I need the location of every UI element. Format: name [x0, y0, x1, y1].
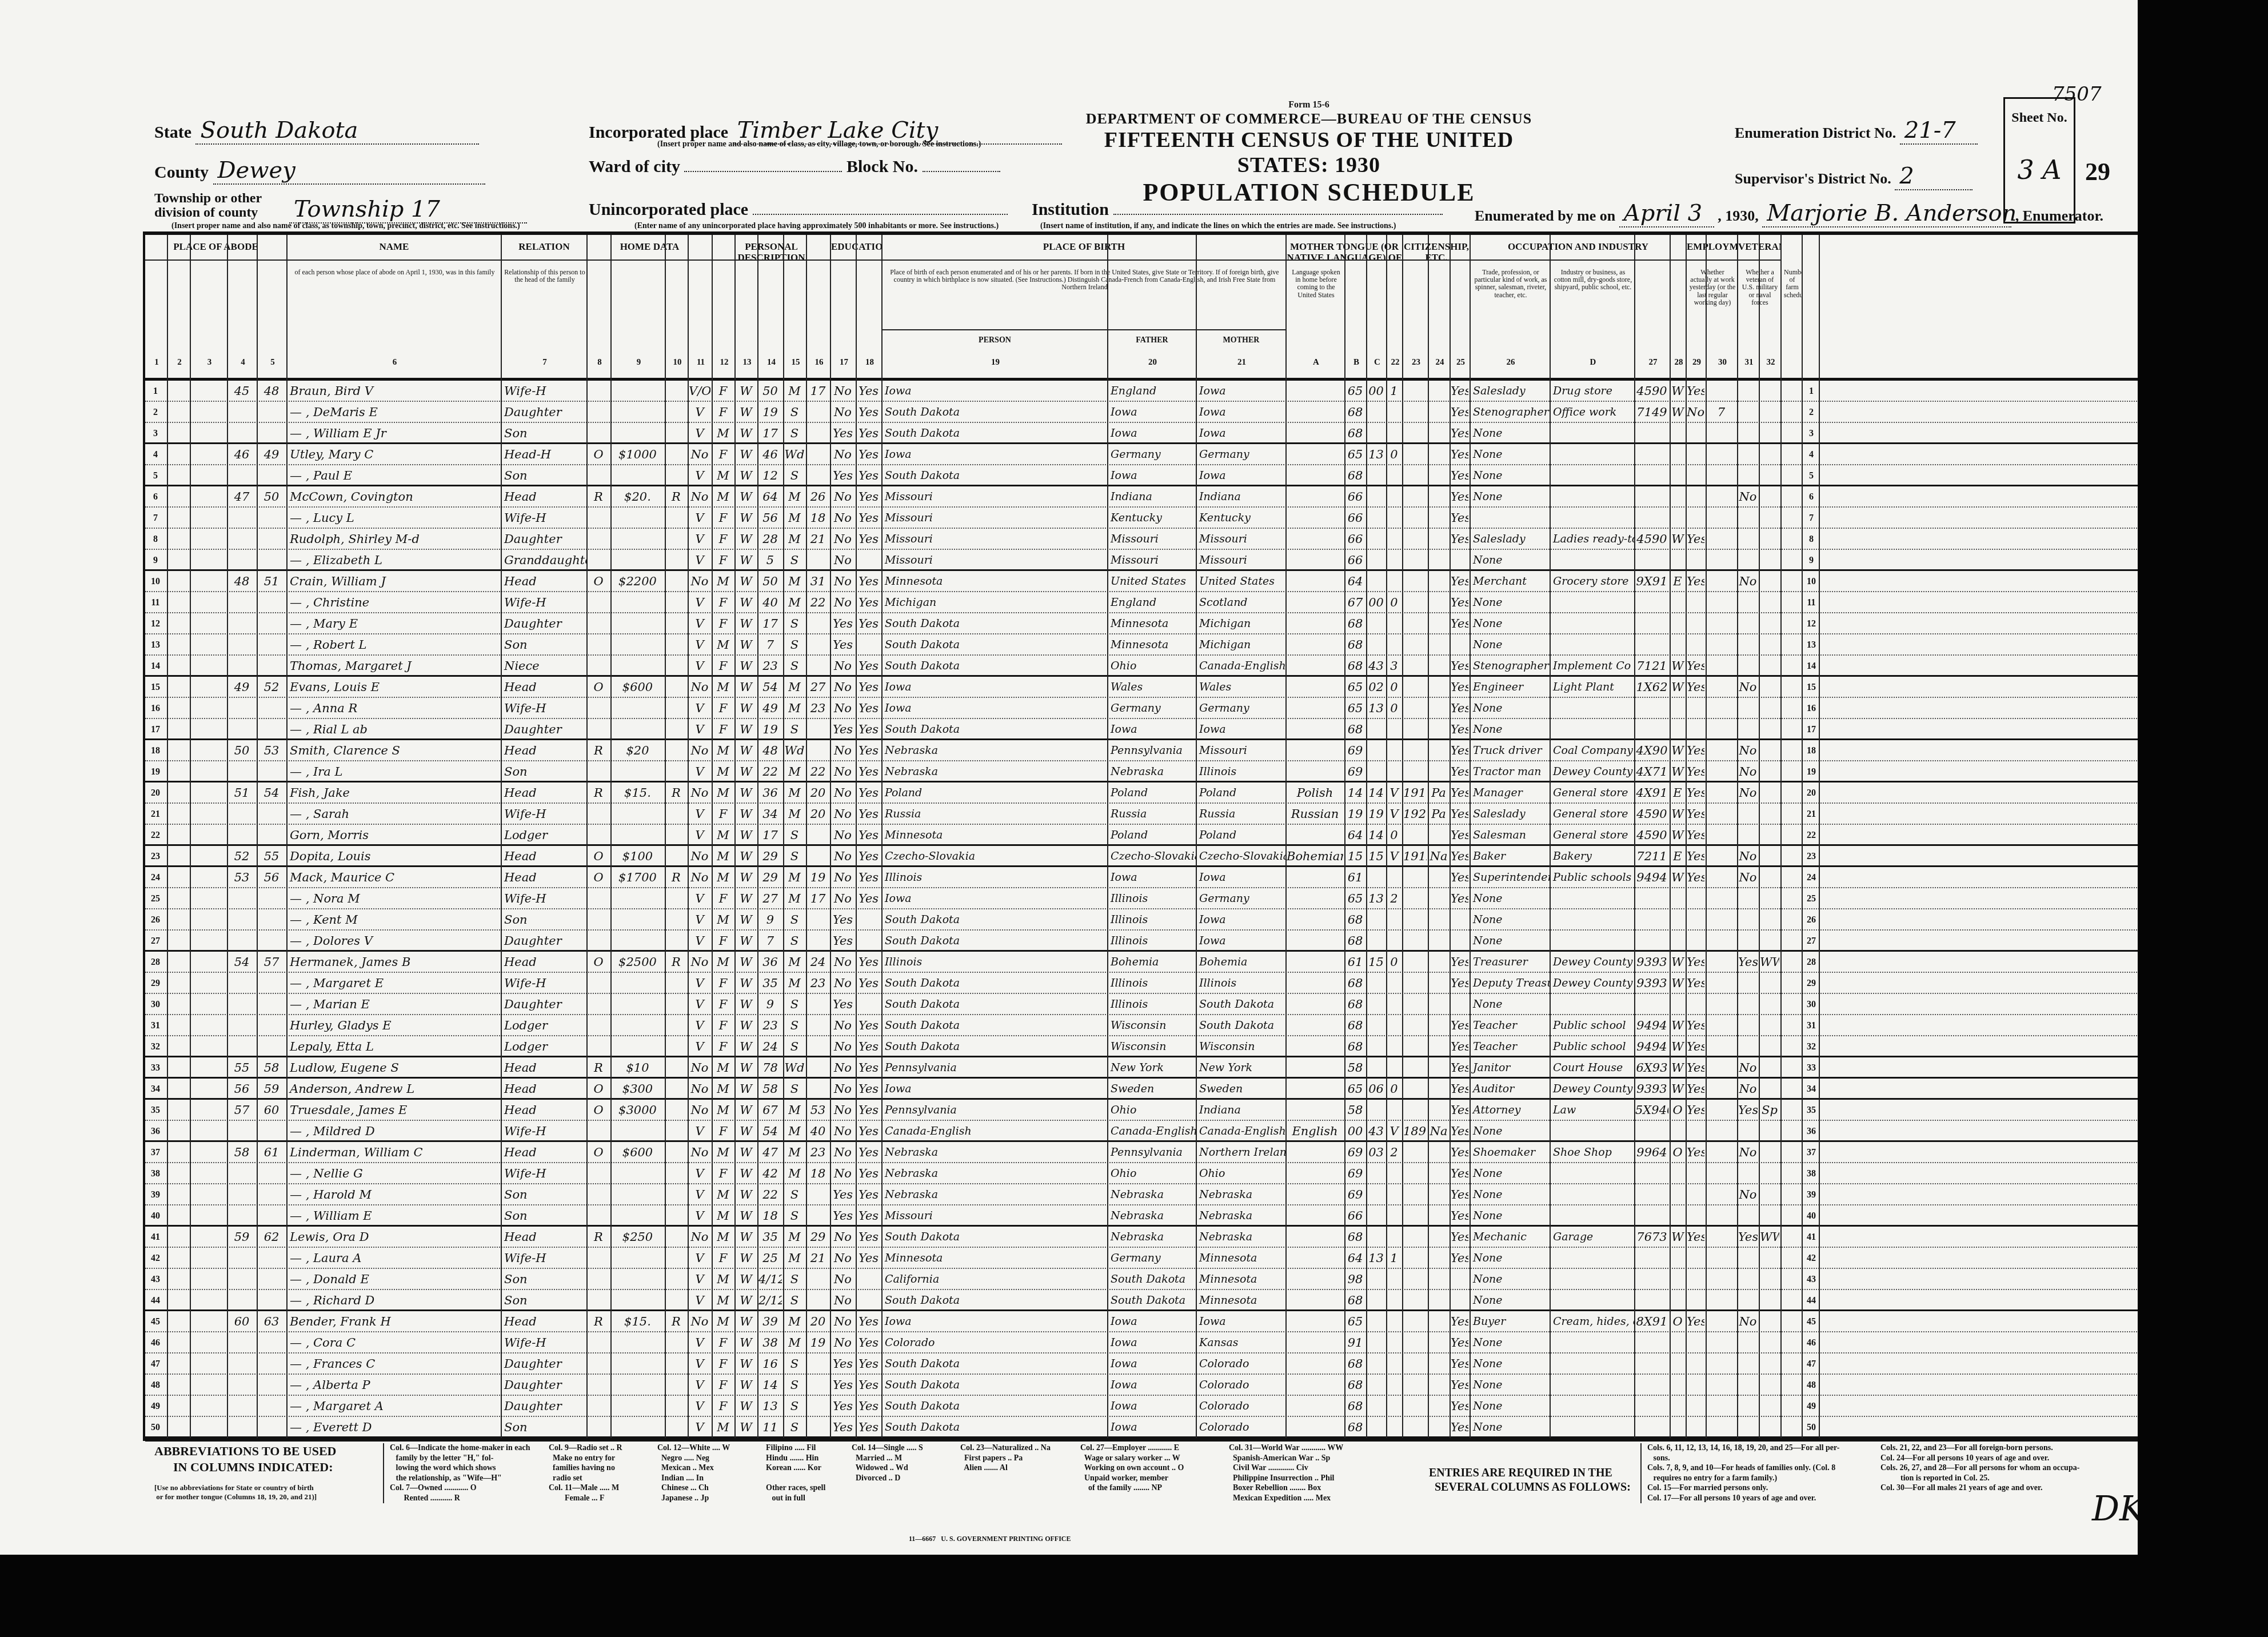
cell-code-c	[1387, 550, 1401, 571]
cell-house	[191, 529, 226, 550]
cell-relation: Head	[502, 1227, 588, 1248]
cell-house	[191, 994, 226, 1015]
cell-age: 22	[758, 761, 782, 782]
cell-at-work	[1687, 634, 1704, 656]
census-row: 47— , Frances CDaughterVFW16SYesYesSouth…	[145, 1353, 2160, 1375]
cell-family: 55	[258, 846, 285, 867]
cell-name: — , Ira L	[288, 761, 502, 782]
cell-sex: M	[713, 761, 733, 782]
cell-read: Yes	[857, 1184, 880, 1205]
cell-relation: Wife-H	[502, 804, 588, 825]
cell-vet	[1738, 465, 1758, 486]
cell-vet: No	[1738, 740, 1758, 761]
cell-race: W	[736, 592, 756, 613]
cell-dwelling	[228, 888, 255, 909]
cell-natur	[1429, 1163, 1448, 1184]
cell-read: Yes	[857, 973, 880, 994]
cell-industry: Garage	[1551, 1227, 1635, 1248]
cell-radio	[666, 1142, 686, 1163]
ward-value	[684, 171, 842, 172]
cell-code-c	[1387, 634, 1401, 656]
cell-code-d: 4590	[1635, 804, 1668, 825]
cell-farm: No	[689, 1057, 710, 1079]
cell-dwelling	[228, 804, 255, 825]
cell-value	[612, 550, 664, 571]
cell-industry: Dewey County Highway	[1551, 761, 1635, 782]
cell-radio	[666, 1121, 686, 1142]
cell-school: No	[831, 508, 855, 529]
cell-family	[258, 698, 285, 719]
cell-unemp	[1707, 1079, 1736, 1100]
cell-dwelling	[228, 931, 255, 952]
cell-code-d	[1635, 550, 1668, 571]
cell-dwelling: 58	[228, 1142, 255, 1163]
cell-industry	[1551, 698, 1635, 719]
cell-age: 25	[758, 1248, 782, 1269]
cell-line: 15	[145, 677, 166, 698]
census-row: 42— , Laura AWife-HVFW25M21NoYesMinnesot…	[145, 1248, 2160, 1269]
cell-radio	[666, 994, 686, 1015]
cell-read: Yes	[857, 888, 880, 909]
cell-dwelling	[228, 1417, 255, 1438]
cell-code-a: 68	[1345, 994, 1365, 1015]
cell-line: 47	[145, 1353, 166, 1375]
cell-dwelling: 56	[228, 1079, 255, 1100]
abbr-col12: Col. 12—White .... W Negro ..... Neg Mex…	[657, 1443, 730, 1503]
cell-code-d	[1635, 719, 1668, 740]
cell-war	[1760, 888, 1779, 909]
cell-code-c: 0	[1387, 677, 1401, 698]
cell-war	[1760, 761, 1779, 782]
census-title: FIFTEENTH CENSUS OF THE UNITED STATES: 1…	[1075, 127, 1543, 178]
cell-farm: No	[689, 782, 710, 804]
cell-race: W	[736, 613, 756, 634]
cell-code-d	[1635, 909, 1668, 931]
cell-code-d: 5X940	[1635, 1100, 1668, 1121]
cell-line: 23	[145, 846, 166, 867]
cell-industry	[1551, 486, 1635, 508]
cell-natur	[1429, 444, 1448, 465]
cell-family	[258, 1417, 285, 1438]
cell-immig	[1403, 867, 1427, 888]
cell-english: Yes	[1451, 1142, 1468, 1163]
cell-age: 36	[758, 952, 782, 973]
cell-name: — , Margaret E	[288, 973, 502, 994]
cell-race: W	[736, 1311, 756, 1332]
cell-farm: V	[689, 508, 710, 529]
cell-sex: F	[713, 719, 733, 740]
cell-marital: S	[784, 994, 805, 1015]
cell-vet	[1738, 1205, 1758, 1227]
cell-value	[612, 508, 664, 529]
cell-relation: Head	[502, 1079, 588, 1100]
column-number: C	[1367, 358, 1387, 368]
cell-house	[191, 1311, 226, 1332]
cell-relation: Niece	[502, 656, 588, 677]
cell-radio: R	[666, 782, 686, 804]
cell-school: No	[831, 804, 855, 825]
cell-read: Yes	[857, 1375, 880, 1396]
cell-code-b	[1367, 1353, 1385, 1375]
cell-race: W	[736, 444, 756, 465]
cell-unemp	[1707, 1332, 1736, 1353]
cell-father: Iowa	[1108, 1396, 1197, 1417]
cell-tongue	[1287, 486, 1343, 508]
cell-code-d	[1635, 592, 1668, 613]
unincorporated-label: Unincorporated place	[589, 200, 748, 219]
cell-age-marr	[807, 465, 829, 486]
cell-sex: M	[713, 1057, 733, 1079]
cell-vet: Yes	[1738, 1227, 1758, 1248]
column-number: 28	[1671, 358, 1687, 368]
cell-class: W	[1671, 1079, 1684, 1100]
census-row: 25— , Nora MWife-HVFW27M17NoYesIowaIllin…	[145, 888, 2160, 909]
cell-immig	[1403, 592, 1427, 613]
cell-tenure	[588, 1163, 609, 1184]
cell-sex: F	[713, 402, 733, 423]
cell-occupation: Manager	[1471, 782, 1551, 804]
page-number: 29	[2085, 157, 2110, 186]
census-row: 50— , Everett DSonVMW11SYesYesSouth Dako…	[145, 1417, 2160, 1438]
cell-vet	[1738, 804, 1758, 825]
cell-at-work: Yes	[1687, 1079, 1704, 1100]
cell-school: Yes	[831, 613, 855, 634]
cell-line: 14	[145, 656, 166, 677]
cell-war	[1760, 381, 1779, 402]
cell-code-d: 9494	[1635, 867, 1668, 888]
cell-code-d: 4X71	[1635, 761, 1668, 782]
cell-tongue	[1287, 994, 1343, 1015]
cell-industry: Implement Co	[1551, 656, 1635, 677]
cell-english: Yes	[1451, 486, 1468, 508]
cell-vet: Yes	[1738, 1100, 1758, 1121]
cell-code-c	[1387, 1290, 1401, 1311]
cell-school: No	[831, 1311, 855, 1332]
cell-natur	[1429, 994, 1448, 1015]
state-label: State	[154, 123, 191, 142]
column-number: 1	[145, 358, 168, 368]
cell-house	[191, 1184, 226, 1205]
cell-line: 11	[145, 592, 166, 613]
cell-natur	[1429, 867, 1448, 888]
cell-marital: M	[784, 1227, 805, 1248]
cell-relation: Wife-H	[502, 1332, 588, 1353]
cell-race: W	[736, 1290, 756, 1311]
cell-birth: South Dakota	[883, 994, 1108, 1015]
cell-at-work	[1687, 550, 1704, 571]
cell-code-c: 0	[1387, 952, 1401, 973]
cell-occupation: Buyer	[1471, 1311, 1551, 1332]
census-row: 31Hurley, Gladys ELodgerVFW23SNoYesSouth…	[145, 1015, 2160, 1036]
cell-code-d	[1635, 698, 1668, 719]
cell-line-right: 9	[1803, 550, 1820, 571]
cell-family	[258, 973, 285, 994]
cell-tenure: O	[588, 571, 609, 592]
cell-dwelling: 46	[228, 444, 255, 465]
cell-value	[612, 973, 664, 994]
column-group-header: HOME DATA	[588, 235, 713, 261]
cell-tongue	[1287, 719, 1343, 740]
cell-house	[191, 1417, 226, 1438]
cell-school: Yes	[831, 719, 855, 740]
cell-at-work: Yes	[1687, 761, 1704, 782]
cell-mother: Northern Ireland	[1197, 1142, 1287, 1163]
department-title: DEPARTMENT OF COMMERCE—BUREAU OF THE CEN…	[1075, 110, 1543, 127]
cell-read: Yes	[857, 381, 880, 402]
cell-immig	[1403, 550, 1427, 571]
cell-age-marr	[807, 909, 829, 931]
cell-immig	[1403, 1015, 1427, 1036]
cell-relation: Son	[502, 1205, 588, 1227]
cell-relation: Wife-H	[502, 381, 588, 402]
cell-father: Iowa	[1108, 465, 1197, 486]
cell-code-b: 02	[1367, 677, 1385, 698]
cell-class	[1671, 888, 1684, 909]
cell-sex: M	[713, 1100, 733, 1121]
cell-war	[1760, 634, 1779, 656]
cell-race: W	[736, 1184, 756, 1205]
cell-marital: M	[784, 804, 805, 825]
cell-code-a: 68	[1345, 973, 1365, 994]
cell-code-c	[1387, 931, 1401, 952]
cell-father: Iowa	[1108, 1332, 1197, 1353]
cell-unemp	[1707, 1057, 1736, 1079]
cell-vet	[1738, 825, 1758, 846]
cell-code-c	[1387, 1100, 1401, 1121]
cell-read: Yes	[857, 444, 880, 465]
cell-code-a: 68	[1345, 656, 1365, 677]
cell-vet	[1738, 931, 1758, 952]
cell-unemp	[1707, 656, 1736, 677]
cell-relation: Wife-H	[502, 888, 588, 909]
cell-family	[258, 1290, 285, 1311]
cell-immig	[1403, 698, 1427, 719]
cell-dwelling	[228, 1184, 255, 1205]
cell-mother: Iowa	[1197, 867, 1287, 888]
cell-dwelling: 53	[228, 867, 255, 888]
cell-age: 46	[758, 444, 782, 465]
cell-age: 4/12	[758, 1269, 782, 1290]
cell-father: Nebraska	[1108, 1205, 1197, 1227]
cell-read: Yes	[857, 529, 880, 550]
cell-vet	[1738, 1015, 1758, 1036]
cell-line: 19	[145, 761, 166, 782]
cell-code-b: 13	[1367, 888, 1385, 909]
cell-birth: South Dakota	[883, 1417, 1108, 1438]
cell-code-a: 64	[1345, 1248, 1365, 1269]
census-row: 22Gorn, MorrisLodgerVMW17SNoYesMinnesota…	[145, 825, 2160, 846]
cell-farm: V	[689, 804, 710, 825]
cell-line-right: 19	[1803, 761, 1820, 782]
cell-line-right: 21	[1803, 804, 1820, 825]
cell-code-d	[1635, 1353, 1668, 1375]
cell-school: No	[831, 486, 855, 508]
cell-read: Yes	[857, 1248, 880, 1269]
cell-code-a: 66	[1345, 486, 1365, 508]
cell-immig	[1403, 994, 1427, 1015]
cell-code-a: 64	[1345, 825, 1365, 846]
census-row: 44649Utley, Mary CHead-HO$1000NoFW46WdNo…	[145, 444, 2160, 465]
cell-line-right: 49	[1803, 1396, 1820, 1417]
cell-immig	[1403, 909, 1427, 931]
cell-line-right: 24	[1803, 867, 1820, 888]
cell-code-c: V	[1387, 804, 1401, 825]
cell-industry	[1551, 508, 1635, 529]
cell-sex: M	[713, 634, 733, 656]
ed-label: Enumeration District No.	[1735, 125, 1896, 141]
cell-birth: South Dakota	[883, 402, 1108, 423]
abbr-col12-other: Filipino ..... Fil Hindu ....... Hin Kor…	[766, 1443, 825, 1503]
cell-farm: V	[689, 592, 710, 613]
incorporated-note: (Insert proper name and also name of cla…	[657, 140, 981, 149]
cell-name: Mack, Maurice C	[288, 867, 502, 888]
cell-school: Yes	[831, 1205, 855, 1227]
cell-line-right: 27	[1803, 931, 1820, 952]
cell-occupation: Merchant	[1471, 571, 1551, 592]
cell-natur	[1429, 465, 1448, 486]
cell-school: Yes	[831, 994, 855, 1015]
cell-radio	[666, 1227, 686, 1248]
cell-code-d	[1635, 444, 1668, 465]
cell-at-work	[1687, 888, 1704, 909]
cell-age-marr: 20	[807, 782, 829, 804]
cell-tongue	[1287, 1290, 1343, 1311]
cell-relation: Head	[502, 1057, 588, 1079]
cell-age: 49	[758, 698, 782, 719]
cell-industry	[1551, 1248, 1635, 1269]
cell-at-work: Yes	[1687, 825, 1704, 846]
cell-line: 44	[145, 1290, 166, 1311]
cell-code-b	[1367, 1375, 1385, 1396]
cell-vet	[1738, 973, 1758, 994]
cell-school: No	[831, 1142, 855, 1163]
cell-birth: South Dakota	[883, 1290, 1108, 1311]
column-number: 19	[883, 358, 1108, 368]
cell-house	[191, 592, 226, 613]
cell-age: 19	[758, 719, 782, 740]
cell-marital: S	[784, 634, 805, 656]
cell-code-b	[1367, 761, 1385, 782]
cell-occupation: None	[1471, 550, 1551, 571]
column-number: 17	[831, 358, 857, 368]
cell-house	[191, 888, 226, 909]
census-row: 104851Crain, William JHeadO$2200NoMW50M3…	[145, 571, 2160, 592]
cell-radio	[666, 508, 686, 529]
cell-code-c: 2	[1387, 888, 1401, 909]
cell-at-work: Yes	[1687, 529, 1704, 550]
cell-tenure: O	[588, 867, 609, 888]
cell-dwelling: 57	[228, 1100, 255, 1121]
cell-code-c: 1	[1387, 1248, 1401, 1269]
cell-family	[258, 550, 285, 571]
cell-code-a: 65	[1345, 1311, 1365, 1332]
cell-line-right: 50	[1803, 1417, 1820, 1438]
cell-class: O	[1671, 1311, 1684, 1332]
cell-line-right: 35	[1803, 1100, 1820, 1121]
cell-vet: No	[1738, 1057, 1758, 1079]
cell-tenure: R	[588, 740, 609, 761]
cell-father: Missouri	[1108, 550, 1197, 571]
cell-code-d: 9393	[1635, 1079, 1668, 1100]
cell-line-right: 41	[1803, 1227, 1820, 1248]
cell-dwelling	[228, 1036, 255, 1057]
cell-radio	[666, 804, 686, 825]
cell-father: Illinois	[1108, 888, 1197, 909]
cell-value: $600	[612, 1142, 664, 1163]
cell-code-d	[1635, 1248, 1668, 1269]
cell-age-marr: 21	[807, 529, 829, 550]
cell-code-c	[1387, 1375, 1401, 1396]
township-value: Township 17	[289, 196, 527, 223]
cell-line-right: 16	[1803, 698, 1820, 719]
column-divider	[1686, 235, 1687, 1438]
cell-code-c	[1387, 1311, 1401, 1332]
cell-at-work: Yes	[1687, 804, 1704, 825]
cell-value	[612, 804, 664, 825]
cell-value	[612, 656, 664, 677]
cell-dwelling: 49	[228, 677, 255, 698]
cell-tenure	[588, 1269, 609, 1290]
cell-farm: V/O	[689, 381, 710, 402]
cell-read	[857, 994, 880, 1015]
cell-class: W	[1671, 973, 1684, 994]
cell-tenure: O	[588, 1142, 609, 1163]
cell-line: 46	[145, 1332, 166, 1353]
cell-dwelling	[228, 465, 255, 486]
cell-read: Yes	[857, 486, 880, 508]
cell-age-marr: 22	[807, 761, 829, 782]
cell-father: New York	[1108, 1057, 1197, 1079]
cell-unemp	[1707, 634, 1736, 656]
column-divider	[1780, 235, 1782, 1438]
cell-birth: Nebraska	[883, 740, 1108, 761]
cell-age-marr: 53	[807, 1100, 829, 1121]
cell-house	[191, 1396, 226, 1417]
cell-relation: Head	[502, 782, 588, 804]
cell-family: 61	[258, 1142, 285, 1163]
cell-family	[258, 423, 285, 444]
cell-at-work: Yes	[1687, 740, 1704, 761]
cell-code-a: 68	[1345, 1036, 1365, 1057]
cell-code-c	[1387, 1396, 1401, 1417]
cell-code-d	[1635, 1163, 1668, 1184]
cell-age: 14	[758, 1375, 782, 1396]
cell-name: — , Sarah	[288, 804, 502, 825]
cell-father: Iowa	[1108, 1311, 1197, 1332]
cell-age-marr	[807, 444, 829, 465]
cell-race: W	[736, 1227, 756, 1248]
cell-race: W	[736, 486, 756, 508]
cell-line: 28	[145, 952, 166, 973]
cell-tenure	[588, 613, 609, 634]
cell-marital: S	[784, 402, 805, 423]
cell-unemp	[1707, 1396, 1736, 1417]
cell-code-c	[1387, 719, 1401, 740]
cell-father: United States	[1108, 571, 1197, 592]
cell-radio	[666, 825, 686, 846]
column-number: 27	[1635, 358, 1671, 368]
cell-radio	[666, 381, 686, 402]
enumerator-label: , Enumerator.	[2015, 207, 2103, 224]
cell-english	[1451, 994, 1468, 1015]
cell-industry	[1551, 719, 1635, 740]
cell-relation: Head	[502, 867, 588, 888]
abbr-col31: Col. 31—World War ............ WW Spanis…	[1229, 1443, 1343, 1503]
cell-age-marr	[807, 656, 829, 677]
cell-war	[1760, 1290, 1779, 1311]
cell-unemp	[1707, 444, 1736, 465]
cell-mother: Nebraska	[1197, 1205, 1287, 1227]
